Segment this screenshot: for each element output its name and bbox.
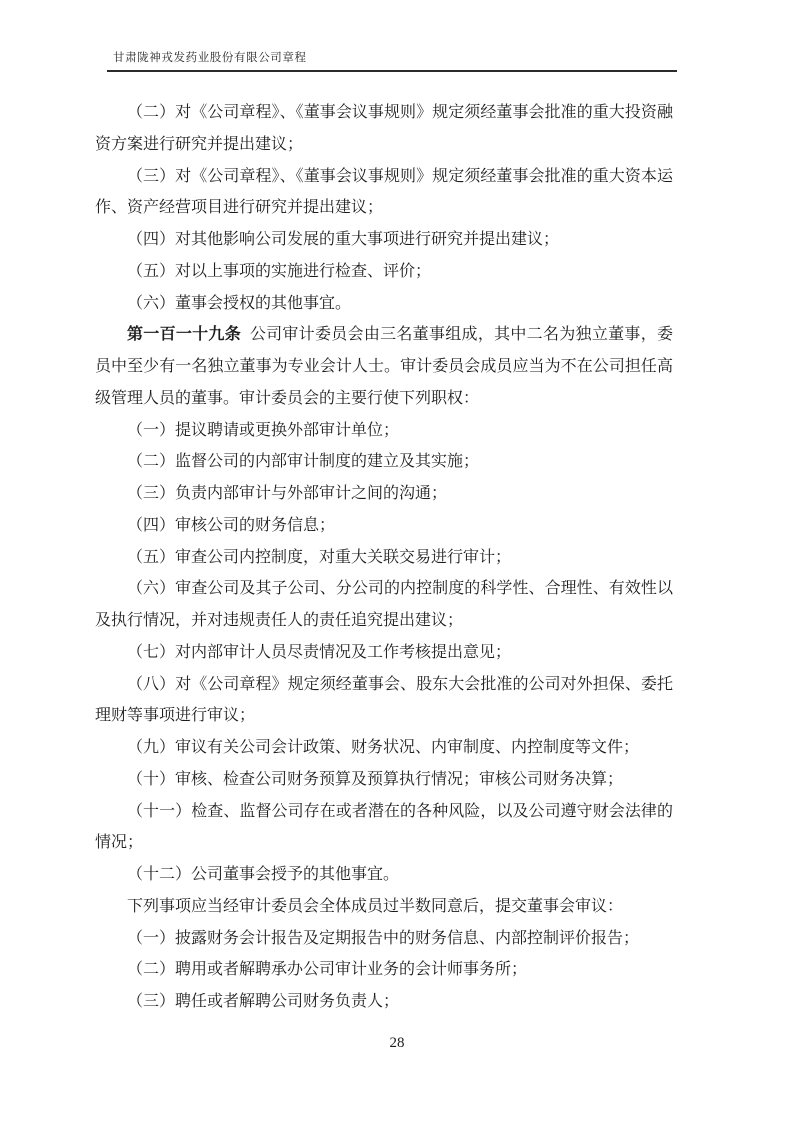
paragraph: （十二）公司董事会授予的其他事宜。 [95,859,673,891]
paragraph: （一）披露财务会计报告及定期报告中的财务信息、内部控制评价报告； [95,923,673,955]
document-body: （二）对《公司章程》、《董事会议事规则》规定须经董事会批准的重大投资融资方案进行… [95,97,673,1018]
page-header: 甘肃陇神戎发药业股份有限公司章程 [107,49,677,72]
paragraph: （四）对其他影响公司发展的重大事项进行研究并提出建议； [95,224,673,256]
paragraph: （四）审核公司的财务信息； [95,510,673,542]
document-page: 甘肃陇神戎发药业股份有限公司章程 （二）对《公司章程》、《董事会议事规则》规定须… [0,0,794,1122]
header-title: 甘肃陇神戎发药业股份有限公司章程 [107,49,677,65]
paragraph: 第一百一十九条公司审计委员会由三名董事组成，其中二名为独立董事，委员中至少有一名… [95,319,673,414]
paragraph: （二）聘用或者解聘承办公司审计业务的会计师事务所； [95,954,673,986]
paragraph: （二）监督公司的内部审计制度的建立及其实施； [95,446,673,478]
paragraph: （一）提议聘请或更换外部审计单位； [95,415,673,447]
paragraph: （三）对《公司章程》、《董事会议事规则》规定须经董事会批准的重大资本运作、资产经… [95,161,673,225]
paragraph: （五）审查公司内控制度，对重大关联交易进行审计； [95,542,673,574]
paragraph: （三）聘任或者解聘公司财务负责人； [95,986,673,1018]
paragraph: （七）对内部审计人员尽责情况及工作考核提出意见； [95,637,673,669]
paragraph: （二）对《公司章程》、《董事会议事规则》规定须经董事会批准的重大投资融资方案进行… [95,97,673,161]
paragraph: （三）负责内部审计与外部审计之间的沟通； [95,478,673,510]
page-number: 28 [390,1035,405,1051]
paragraph: （十）审核、检查公司财务预算及预算执行情况；审核公司财务决算； [95,764,673,796]
paragraph: （六）审查公司及其子公司、分公司的内控制度的科学性、合理性、有效性以及执行情况，… [95,573,673,637]
page-footer: 28 [0,1035,794,1052]
paragraph: （九）审议有关公司会计政策、财务状况、内审制度、内控制度等文件； [95,732,673,764]
paragraph: （五）对以上事项的实施进行检查、评价； [95,256,673,288]
paragraph: （六）董事会授权的其他事宜。 [95,288,673,320]
paragraph: （八）对《公司章程》规定须经董事会、股东大会批准的公司对外担保、委托理财等事项进… [95,669,673,733]
paragraph: 下列事项应当经审计委员会全体成员过半数同意后，提交董事会审议： [95,891,673,923]
article-number: 第一百一十九条 [127,326,241,343]
paragraph: （十一）检查、监督公司存在或者潜在的各种风险，以及公司遵守财会法律的情况； [95,796,673,860]
